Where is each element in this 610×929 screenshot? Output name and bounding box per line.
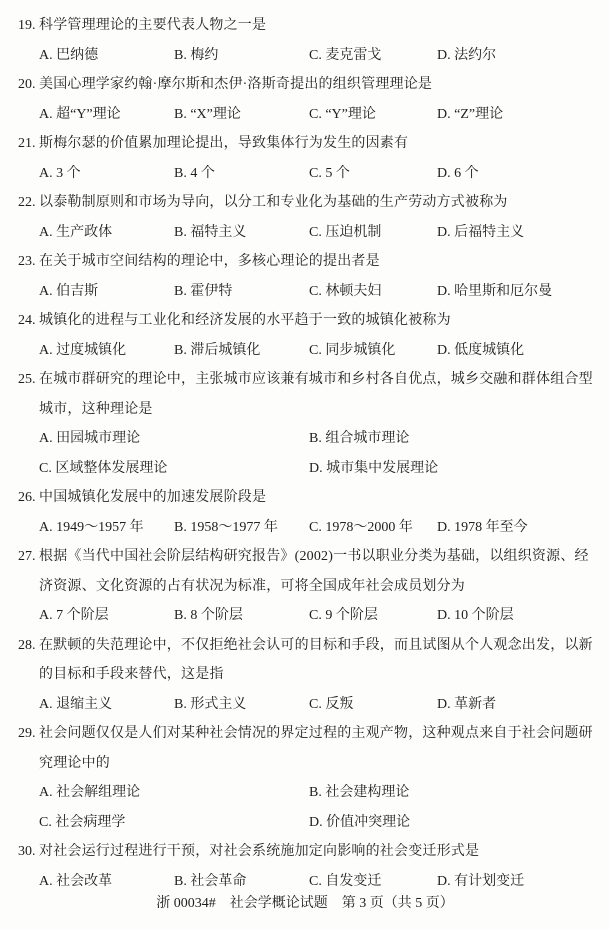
option-a: A. 巴纳德 [39, 41, 174, 71]
option-d: D. 革新者 [437, 690, 594, 720]
question-28: 28. 在默顿的失范理论中，不仅拒绝社会认可的目标和手段，而且试图从个人观念出发… [18, 631, 594, 720]
question-number: 24. [18, 306, 39, 336]
exam-title: 社会学概论试题 [230, 893, 328, 915]
option-a: A. 过度城镇化 [39, 336, 174, 366]
option-d: D. 低度城镇化 [437, 336, 594, 366]
question-stem: 城镇化的进程与工业化和经济发展的水平趋于一致的城镇化被称为 [39, 306, 594, 336]
option-b: B. 4 个 [174, 159, 309, 189]
option-c: C. 同步城镇化 [309, 336, 437, 366]
question-stem: 斯梅尔瑟的价值累加理论提出，导致集体行为发生的因素有 [39, 129, 594, 159]
option-a: A. 生产政体 [39, 218, 174, 248]
page-info: 第 3 页（共 5 页） [342, 893, 454, 915]
question-stem: 对社会运行过程进行干预，对社会系统施加定向影响的社会变迁形式是 [39, 837, 594, 867]
option-c: C. 压迫机制 [309, 218, 437, 248]
question-19: 19. 科学管理理论的主要代表人物之一是 A. 巴纳德 B. 梅约 C. 麦克雷… [18, 11, 594, 70]
option-d: D. 6 个 [437, 159, 594, 189]
question-number: 20. [18, 70, 39, 100]
options-row: A. 超“Y”理论 B. “X”理论 C. “Y”理论 D. “Z”理论 [39, 100, 594, 130]
option-b: B. 组合城市理论 [309, 424, 594, 454]
option-c: C. 麦克雷戈 [309, 41, 437, 71]
question-stem: 中国城镇化发展中的加速发展阶段是 [39, 483, 594, 513]
question-number: 25. [18, 365, 39, 395]
question-stem: 在城市群研究的理论中，主张城市应该兼有城市和乡村各自优点，城乡交融和群体组合型城… [39, 365, 594, 424]
option-d: D. 城市集中发展理论 [309, 454, 594, 484]
question-number: 27. [18, 542, 39, 572]
option-b: B. “X”理论 [174, 100, 309, 130]
question-29: 29. 社会问题仅仅是人们对某种社会情况的界定过程的主观产物，这种观点来自于社会… [18, 719, 594, 837]
option-a: A. 7 个阶层 [39, 601, 174, 631]
option-a: A. 伯吉斯 [39, 277, 174, 307]
question-22: 22. 以泰勒制原则和市场为导向，以分工和专业化为基础的生产劳动方式被称为 A.… [18, 188, 594, 247]
option-d: D. 10 个阶层 [437, 601, 594, 631]
question-stem: 在关于城市空间结构的理论中，多核心理论的提出者是 [39, 247, 594, 277]
option-c: C. 区域整体发展理论 [39, 454, 309, 484]
option-b: B. 滞后城镇化 [174, 336, 309, 366]
question-25: 25. 在城市群研究的理论中，主张城市应该兼有城市和乡村各自优点，城乡交融和群体… [18, 365, 594, 483]
question-stem: 科学管理理论的主要代表人物之一是 [39, 11, 594, 41]
question-number: 29. [18, 719, 39, 749]
option-b: B. 霍伊特 [174, 277, 309, 307]
question-30: 30. 对社会运行过程进行干预，对社会系统施加定向影响的社会变迁形式是 A. 社… [18, 837, 594, 896]
option-c: C. 5 个 [309, 159, 437, 189]
options-row: A. 1949～1957 年 B. 1958～1977 年 C. 1978～20… [39, 513, 594, 543]
option-c: C. 社会病理学 [39, 808, 309, 838]
question-24: 24. 城镇化的进程与工业化和经济发展的水平趋于一致的城镇化被称为 A. 过度城… [18, 306, 594, 365]
exam-code: 浙 00034# [156, 893, 216, 915]
option-b: B. 福特主义 [174, 218, 309, 248]
question-number: 23. [18, 247, 39, 277]
question-number: 19. [18, 11, 39, 41]
option-c: C. 1978～2000 年 [309, 513, 437, 543]
option-d: D. 后福特主义 [437, 218, 594, 248]
options-row: A. 生产政体 B. 福特主义 C. 压迫机制 D. 后福特主义 [39, 218, 594, 248]
options-grid: A. 田园城市理论 B. 组合城市理论 C. 区域整体发展理论 D. 城市集中发… [39, 424, 594, 483]
option-a: A. 社会改革 [39, 867, 174, 897]
options-row: A. 3 个 B. 4 个 C. 5 个 D. 6 个 [39, 159, 594, 189]
option-c: C. 反叛 [309, 690, 437, 720]
question-27: 27. 根据《当代中国社会阶层结构研究报告》(2002)一书以职业分类为基础，以… [18, 542, 594, 631]
question-stem: 社会问题仅仅是人们对某种社会情况的界定过程的主观产物，这种观点来自于社会问题研究… [39, 719, 594, 778]
option-d: D. 哈里斯和厄尔曼 [437, 277, 594, 307]
question-number: 26. [18, 483, 39, 513]
options-row: A. 伯吉斯 B. 霍伊特 C. 林顿夫妇 D. 哈里斯和厄尔曼 [39, 277, 594, 307]
options-row: A. 巴纳德 B. 梅约 C. 麦克雷戈 D. 法约尔 [39, 41, 594, 71]
question-number: 30. [18, 837, 39, 867]
option-b: B. 1958～1977 年 [174, 513, 309, 543]
option-c: C. 自发变迁 [309, 867, 437, 897]
page-footer: 浙 00034#社会学概论试题第 3 页（共 5 页） [0, 893, 610, 915]
option-b: B. 梅约 [174, 41, 309, 71]
options-row: A. 7 个阶层 B. 8 个阶层 C. 9 个阶层 D. 10 个阶层 [39, 601, 594, 631]
question-stem: 在默顿的失范理论中，不仅拒绝社会认可的目标和手段，而且试图从个人观念出发，以新的… [39, 631, 594, 690]
option-d: D. 价值冲突理论 [309, 808, 594, 838]
question-number: 22. [18, 188, 39, 218]
option-b: B. 社会革命 [174, 867, 309, 897]
option-c: C. “Y”理论 [309, 100, 437, 130]
options-grid: A. 社会解组理论 B. 社会建构理论 C. 社会病理学 D. 价值冲突理论 [39, 778, 594, 837]
question-26: 26. 中国城镇化发展中的加速发展阶段是 A. 1949～1957 年 B. 1… [18, 483, 594, 542]
question-21: 21. 斯梅尔瑟的价值累加理论提出，导致集体行为发生的因素有 A. 3 个 B.… [18, 129, 594, 188]
option-a: A. 3 个 [39, 159, 174, 189]
option-a: A. 1949～1957 年 [39, 513, 174, 543]
option-b: B. 8 个阶层 [174, 601, 309, 631]
question-number: 21. [18, 129, 39, 159]
question-number: 28. [18, 631, 39, 661]
exam-page: 19. 科学管理理论的主要代表人物之一是 A. 巴纳德 B. 梅约 C. 麦克雷… [0, 0, 610, 896]
option-a: A. 超“Y”理论 [39, 100, 174, 130]
option-b: B. 社会建构理论 [309, 778, 594, 808]
option-c: C. 9 个阶层 [309, 601, 437, 631]
option-a: A. 社会解组理论 [39, 778, 309, 808]
question-stem: 美国心理学家约翰·摩尔斯和杰伊·洛斯奇提出的组织管理理论是 [39, 70, 594, 100]
option-a: A. 退缩主义 [39, 690, 174, 720]
question-stem: 根据《当代中国社会阶层结构研究报告》(2002)一书以职业分类为基础，以组织资源… [39, 542, 594, 601]
options-row: A. 退缩主义 B. 形式主义 C. 反叛 D. 革新者 [39, 690, 594, 720]
question-stem: 以泰勒制原则和市场为导向，以分工和专业化为基础的生产劳动方式被称为 [39, 188, 594, 218]
option-c: C. 林顿夫妇 [309, 277, 437, 307]
question-20: 20. 美国心理学家约翰·摩尔斯和杰伊·洛斯奇提出的组织管理理论是 A. 超“Y… [18, 70, 594, 129]
option-d: D. 有计划变迁 [437, 867, 594, 897]
option-d: D. 法约尔 [437, 41, 594, 71]
option-d: D. “Z”理论 [437, 100, 594, 130]
options-row: A. 过度城镇化 B. 滞后城镇化 C. 同步城镇化 D. 低度城镇化 [39, 336, 594, 366]
question-23: 23. 在关于城市空间结构的理论中，多核心理论的提出者是 A. 伯吉斯 B. 霍… [18, 247, 594, 306]
option-d: D. 1978 年至今 [437, 513, 594, 543]
option-b: B. 形式主义 [174, 690, 309, 720]
options-row: A. 社会改革 B. 社会革命 C. 自发变迁 D. 有计划变迁 [39, 867, 594, 897]
option-a: A. 田园城市理论 [39, 424, 309, 454]
